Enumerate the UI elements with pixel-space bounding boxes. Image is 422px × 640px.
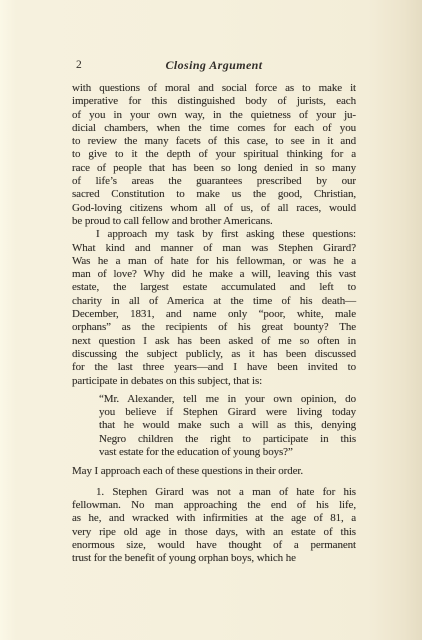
text-line: I approach my task by first asking these… <box>72 228 356 241</box>
text-line: for the last three years—and I have been… <box>72 361 356 374</box>
text-line: to give to it the depth of your spiritua… <box>72 148 356 161</box>
text-line: you believe if Stephen Girard were livin… <box>99 406 356 419</box>
running-header: 2 Closing Argument <box>72 58 356 73</box>
text-line: May I approach each of these questions i… <box>72 465 356 478</box>
text-line: very ripe old age in those days, with an… <box>72 526 356 539</box>
text-line: of you in your own way, in the quietness… <box>72 109 356 122</box>
text-line: imperative for this distinguished body o… <box>72 95 356 108</box>
paragraph: with questions of moral and social force… <box>72 82 356 228</box>
book-page: 2 Closing Argument with questions of mor… <box>0 0 422 640</box>
text-line: dicial chambers, when the time comes for… <box>72 122 356 135</box>
text-line: orphans” as the recipients of his great … <box>72 321 356 334</box>
text-line: participate in debates on this subject, … <box>72 375 356 388</box>
paragraph: May I approach each of these questions i… <box>72 465 356 478</box>
text-line: charity in all of America at the time of… <box>72 295 356 308</box>
paragraph: I approach my task by first asking these… <box>72 228 356 388</box>
text-line: next question I ask has been asked of me… <box>72 335 356 348</box>
running-title: Closing Argument <box>72 58 356 73</box>
text-line: with questions of moral and social force… <box>72 82 356 95</box>
text-line: enormous size, would have thought of a p… <box>72 539 356 552</box>
text-line: man of love? Why did he make a will, lea… <box>72 268 356 281</box>
quote-block: “Mr. Alexander, tell me in your own opin… <box>72 393 356 459</box>
text-line: vast estate for the education of young b… <box>99 446 356 459</box>
paragraph: 1. Stephen Girard was not a man of hate … <box>72 486 356 566</box>
text-line: What kind and manner of man was Stephen … <box>72 242 356 255</box>
text-line: Negro children the right to participate … <box>99 433 356 446</box>
text-line: fellowman. No man approaching the end of… <box>72 499 356 512</box>
text-line: December, 1831, and name only “poor, whi… <box>72 308 356 321</box>
text-line: as he, and wracked with infirmities at t… <box>72 512 356 525</box>
page-body: with questions of moral and social force… <box>72 82 356 565</box>
text-line: to review the many facets of this case, … <box>72 135 356 148</box>
text-line: that he would make such a will as this, … <box>99 419 356 432</box>
text-line: God-loving citizens whom all of us, of a… <box>72 202 356 215</box>
text-line: trust for the benefit of young orphan bo… <box>72 552 356 565</box>
text-line: Was he a man of hate for his fellowman, … <box>72 255 356 268</box>
text-line: of life’s areas the guarantees prescribe… <box>72 175 356 188</box>
text-line: sacred Constitution to make us the good,… <box>72 188 356 201</box>
text-line: be proud to call fellow and brother Amer… <box>72 215 356 228</box>
text-line: discussing the subject publicly, as it h… <box>72 348 356 361</box>
text-line: 1. Stephen Girard was not a man of hate … <box>72 486 356 499</box>
text-line: “Mr. Alexander, tell me in your own opin… <box>99 393 356 406</box>
text-line: estate, the largest estate accumulated a… <box>72 281 356 294</box>
text-line: race of people that has been so long den… <box>72 162 356 175</box>
